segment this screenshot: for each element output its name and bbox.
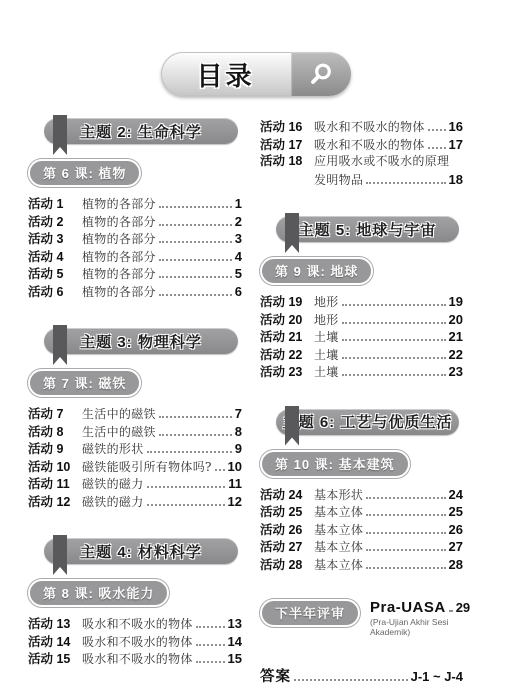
activity-title: 基本立体 — [314, 557, 363, 575]
lesson-title: 第 10 课: 基本建筑 — [275, 457, 395, 472]
dot-leader — [449, 610, 453, 612]
activity-title: 生活中的磁铁 — [82, 424, 156, 442]
activity-title: 基本形状 — [314, 487, 363, 505]
dot-leader — [159, 241, 232, 243]
bookmark-ribbon-icon — [285, 406, 299, 446]
activity-number: 活动 16 — [260, 119, 314, 137]
dot-leader — [366, 549, 445, 551]
dot-leader — [366, 514, 445, 516]
theme-banner: 主题 6: 工艺与优质生活 — [276, 409, 459, 435]
page-number: 19 — [449, 293, 463, 311]
dot-leader — [428, 147, 446, 149]
page-number: 1 — [235, 195, 242, 213]
activity-title: 植物的各部分 — [82, 284, 156, 302]
activity-row: 活动 25基本立体25 — [260, 503, 463, 521]
activity-title: 植物的各部分 — [82, 266, 156, 284]
activity-number: 活动 14 — [28, 634, 82, 652]
theme-title: 主题 6: 工艺与优质生活 — [283, 411, 453, 432]
page-number: 13 — [228, 615, 242, 633]
theme-banner: 主题 3: 物理科学 — [44, 328, 238, 354]
bookmark-ribbon-icon — [53, 325, 67, 365]
lesson-badge: 第 10 课: 基本建筑 — [260, 450, 410, 478]
toc-page: 目录 主题 2: 生命科学第 6 课: 植物活动 1植物的各部分1活动 2植物的… — [0, 52, 511, 686]
activity-number: 活动 28 — [260, 557, 314, 575]
right-column: 活动 16吸水和不吸水的物体16活动 17吸水和不吸水的物体17活动 18应用吸… — [260, 118, 463, 686]
lesson-title: 第 9 课: 地球 — [275, 264, 358, 279]
activity-title: 吸水和不吸水的物体 — [82, 651, 193, 669]
activity-title: 吸水和不吸水的物体 — [82, 616, 193, 634]
activity-row: 活动 27基本立体27 — [260, 538, 463, 556]
activity-title: 吸水和不吸水的物体 — [82, 634, 193, 652]
activity-row: 活动 5植物的各部分5 — [28, 265, 242, 283]
activity-line-2: 发明物品18 — [260, 171, 463, 189]
bookmark-ribbon-icon — [53, 535, 67, 575]
activity-title: 吸水和不吸水的物体 — [314, 137, 425, 155]
page-number: 26 — [449, 521, 463, 539]
dot-leader — [159, 416, 232, 418]
page-number: 23 — [449, 363, 463, 381]
dot-leader — [159, 224, 232, 226]
activity-title: 磁铁的磁力 — [82, 476, 144, 494]
activity-number: 活动 10 — [28, 459, 82, 477]
dot-leader — [147, 504, 225, 506]
page-number: 8 — [235, 423, 242, 441]
dot-leader — [342, 357, 446, 359]
activity-row: 活动 21土壤21 — [260, 328, 463, 346]
lesson-title: 第 7 课: 磁铁 — [43, 376, 126, 391]
dot-leader — [159, 259, 232, 261]
dot-leader — [196, 644, 225, 646]
activity-row: 活动 15吸水和不吸水的物体15 — [28, 650, 242, 668]
activity-row: 活动 3植物的各部分3 — [28, 230, 242, 248]
activity-title: 植物的各部分 — [82, 231, 156, 249]
page-number: 10 — [228, 458, 242, 476]
activity-number: 活动 8 — [28, 424, 82, 442]
page-number: 3 — [235, 230, 242, 248]
activity-row: 活动 11磁铁的磁力11 — [28, 475, 242, 493]
lesson-badge: 第 6 课: 植物 — [28, 159, 141, 187]
activity-number: 活动 24 — [260, 487, 314, 505]
dot-leader — [196, 661, 225, 663]
dot-leader — [366, 497, 445, 499]
activity-number: 活动 6 — [28, 284, 82, 302]
left-column: 主题 2: 生命科学第 6 课: 植物活动 1植物的各部分1活动 2植物的各部分… — [28, 118, 242, 686]
activity-number: 活动 9 — [28, 441, 82, 459]
page-number: 7 — [235, 405, 242, 423]
activity-row: 活动 16吸水和不吸水的物体16 — [260, 118, 463, 136]
activity-title: 吸水和不吸水的物体 — [314, 119, 425, 137]
dot-leader — [159, 294, 232, 296]
activity-row: 活动 12磁铁的磁力12 — [28, 493, 242, 511]
theme-banner: 主题 2: 生命科学 — [44, 118, 238, 144]
activity-number: 活动 25 — [260, 504, 314, 522]
page-number: J-1 ~ J-4 — [411, 669, 463, 684]
review-entry: Pra-UASA29(Pra-Ujian Akhir Sesi Akademik… — [370, 599, 463, 637]
review-row: 下半年评审Pra-UASA29(Pra-Ujian Akhir Sesi Aka… — [260, 599, 463, 637]
activity-title: 生活中的磁铁 — [82, 406, 156, 424]
activity-row: 活动 6植物的各部分6 — [28, 283, 242, 301]
page-number: 6 — [235, 283, 242, 301]
activity-row: 活动 2植物的各部分2 — [28, 213, 242, 231]
dot-leader — [147, 486, 226, 488]
activity-row: 活动 23土壤23 — [260, 363, 463, 381]
page-number: 29 — [456, 600, 470, 615]
activity-title: 基本立体 — [314, 539, 363, 557]
activity-number: 活动 21 — [260, 329, 314, 347]
dot-leader — [342, 339, 446, 341]
activity-title: 植物的各部分 — [82, 196, 156, 214]
dot-leader — [342, 322, 446, 324]
answers-row: 答案J-1 ~ J-4 — [260, 665, 463, 686]
activity-row: 活动 26基本立体26 — [260, 521, 463, 539]
activity-number: 活动 18 — [260, 153, 314, 171]
lesson-badge: 第 8 课: 吸水能力 — [28, 579, 169, 607]
activity-number: 活动 11 — [28, 476, 82, 494]
dot-leader — [215, 469, 225, 471]
theme-banner: 主题 4: 材料科学 — [44, 538, 238, 564]
activity-title: 地形 — [314, 294, 339, 312]
dot-leader — [147, 451, 232, 453]
page-number: 11 — [228, 475, 242, 493]
page-number: 2 — [235, 213, 242, 231]
activity-row: 活动 28基本立体28 — [260, 556, 463, 574]
toc-columns: 主题 2: 生命科学第 6 课: 植物活动 1植物的各部分1活动 2植物的各部分… — [0, 118, 511, 686]
page-number: 17 — [449, 136, 463, 154]
dot-leader — [366, 532, 445, 534]
page-number: 24 — [449, 486, 463, 504]
lesson-badge: 第 7 课: 磁铁 — [28, 369, 141, 397]
review-title: Pra-UASA — [370, 599, 446, 616]
activity-number: 活动 2 — [28, 214, 82, 232]
magnifier-glyph — [307, 61, 334, 88]
activity-title: 土壤 — [314, 329, 339, 347]
activity-number: 活动 12 — [28, 494, 82, 512]
activity-number: 活动 27 — [260, 539, 314, 557]
review-subtitle: (Pra-Ujian Akhir Sesi Akademik) — [370, 617, 463, 637]
dot-leader — [366, 567, 445, 569]
activity-title: 磁铁的形状 — [82, 441, 144, 459]
page-title: 目录 — [196, 56, 254, 93]
activity-title: 磁铁的磁力 — [82, 494, 144, 512]
page-number: 28 — [449, 556, 463, 574]
activity-title: 土壤 — [314, 347, 339, 365]
page-number: 21 — [449, 328, 463, 346]
toc-title-area: 目录 — [161, 52, 291, 96]
activity-number: 活动 4 — [28, 249, 82, 267]
page-number: 27 — [449, 538, 463, 556]
activity-row: 活动 24基本形状24 — [260, 486, 463, 504]
activity-number: 活动 17 — [260, 137, 314, 155]
activity-row: 活动 1植物的各部分1 — [28, 195, 242, 213]
activity-title: 磁铁能吸引所有物体吗? — [82, 459, 212, 477]
activity-number: 活动 3 — [28, 231, 82, 249]
dot-leader — [428, 129, 446, 131]
dot-leader — [294, 679, 408, 681]
lesson-badge: 第 9 课: 地球 — [260, 257, 373, 285]
lesson-title: 第 6 课: 植物 — [43, 166, 126, 181]
page-number: 12 — [228, 493, 242, 511]
activity-number: 活动 7 — [28, 406, 82, 424]
activity-number: 活动 26 — [260, 522, 314, 540]
activity-title: 应用吸水或不吸水的原理 — [314, 153, 449, 171]
bookmark-ribbon-icon — [53, 115, 67, 155]
page-number: 22 — [449, 346, 463, 364]
activity-row: 活动 9磁铁的形状9 — [28, 440, 242, 458]
theme-title: 主题 4: 材料科学 — [80, 541, 202, 562]
review-line: Pra-UASA29 — [370, 599, 463, 616]
dot-leader — [342, 374, 446, 376]
dot-leader — [366, 182, 445, 184]
activity-number: 活动 5 — [28, 266, 82, 284]
activity-row: 活动 19地形19 — [260, 293, 463, 311]
search-icon — [291, 52, 351, 96]
activity-row: 活动 7生活中的磁铁7 — [28, 405, 242, 423]
activity-number: 活动 13 — [28, 616, 82, 634]
activity-title: 基本立体 — [314, 522, 363, 540]
dot-leader — [159, 206, 232, 208]
activity-number: 活动 19 — [260, 294, 314, 312]
page-number: 16 — [449, 118, 463, 136]
dot-leader — [159, 434, 232, 436]
page-number: 9 — [235, 440, 242, 458]
lesson-title: 第 8 课: 吸水能力 — [43, 586, 154, 601]
activity-title: 植物的各部分 — [82, 214, 156, 232]
page-number: 5 — [235, 265, 242, 283]
page-number: 14 — [228, 633, 242, 651]
activity-line-1: 活动 18应用吸水或不吸水的原理 — [260, 153, 463, 171]
theme-title: 主题 2: 生命科学 — [80, 121, 202, 142]
activity-row: 活动 22土壤22 — [260, 346, 463, 364]
dot-leader — [196, 626, 225, 628]
dot-leader — [159, 276, 232, 278]
activity-row: 活动 8生活中的磁铁8 — [28, 423, 242, 441]
activity-title: 地形 — [314, 312, 339, 330]
activity-title: 植物的各部分 — [82, 249, 156, 267]
review-badge-label: 下半年评审 — [275, 606, 345, 621]
bookmark-ribbon-icon — [285, 213, 299, 253]
answers-label: 答案 — [260, 665, 291, 686]
toc-title-pill: 目录 — [161, 52, 351, 96]
activity-title-continued: 发明物品 — [314, 172, 363, 190]
theme-banner: 主题 5: 地球与宇宙 — [276, 216, 459, 242]
activity-number: 活动 23 — [260, 364, 314, 382]
activity-row: 活动 20地形20 — [260, 311, 463, 329]
dot-leader — [342, 304, 446, 306]
review-badge: 下半年评审 — [260, 599, 360, 627]
activity-number: 活动 1 — [28, 196, 82, 214]
page-number: 25 — [449, 503, 463, 521]
activity-row: 活动 14吸水和不吸水的物体14 — [28, 633, 242, 651]
page-number: 15 — [228, 650, 242, 668]
theme-title: 主题 3: 物理科学 — [80, 331, 202, 352]
activity-number: 活动 20 — [260, 312, 314, 330]
activity-row: 活动 4植物的各部分4 — [28, 248, 242, 266]
activity-title: 土壤 — [314, 364, 339, 382]
theme-title: 主题 5: 地球与宇宙 — [299, 219, 437, 240]
page-number: 20 — [449, 311, 463, 329]
activity-number: 活动 15 — [28, 651, 82, 669]
activity-row: 活动 17吸水和不吸水的物体17 — [260, 136, 463, 154]
activity-number: 活动 22 — [260, 347, 314, 365]
page-header: 目录 — [0, 52, 511, 96]
activity-row: 活动 10磁铁能吸引所有物体吗?10 — [28, 458, 242, 476]
activity-row: 活动 18应用吸水或不吸水的原理发明物品18 — [260, 153, 463, 188]
activity-title: 基本立体 — [314, 504, 363, 522]
page-number: 18 — [449, 171, 463, 189]
page-number: 4 — [235, 248, 242, 266]
activity-row: 活动 13吸水和不吸水的物体13 — [28, 615, 242, 633]
